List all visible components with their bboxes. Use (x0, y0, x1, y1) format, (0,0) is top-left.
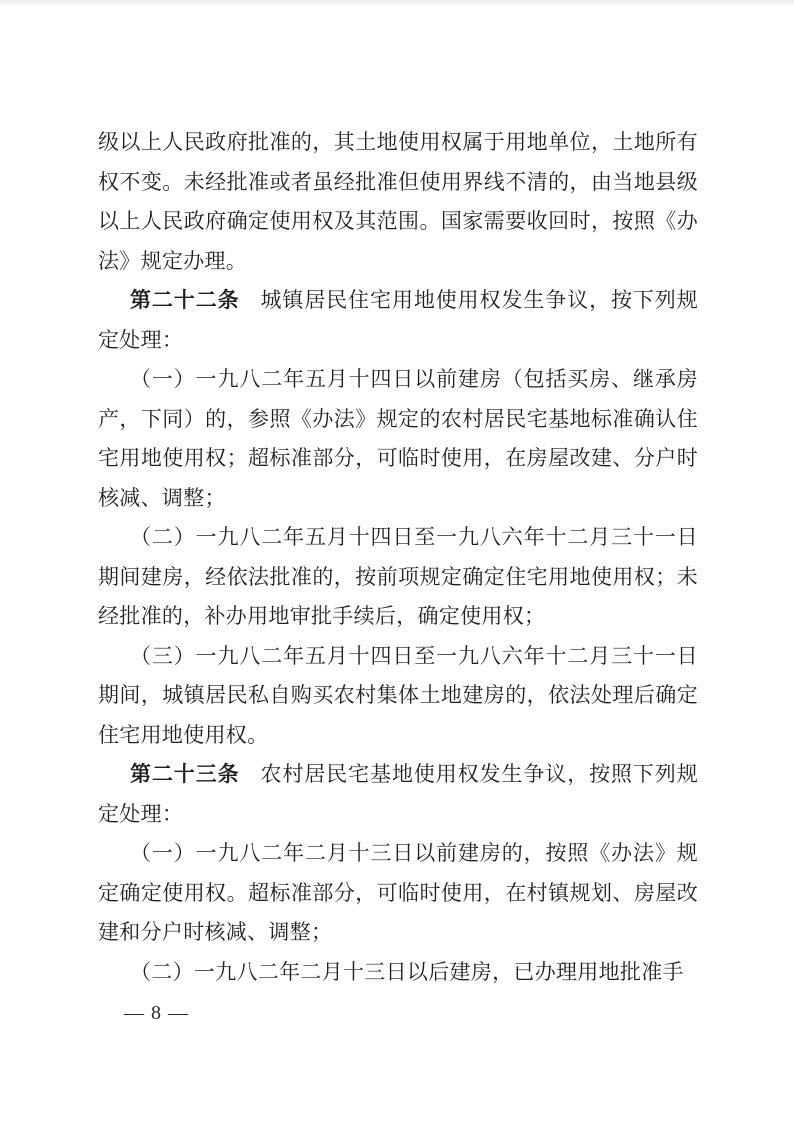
page-number: — 8 — (124, 999, 189, 1027)
article-23-item-1: （一）一九八二年二月十三日以前建房的，按照《办法》规定确定使用权。超标准部分，可… (98, 834, 698, 953)
article-23-item-2: （二）一九八二年二月十三日以后建房，已办理用地批准手 (98, 953, 698, 993)
article-22-item-3: （三）一九八二年五月十四日至一九八六年十二月三十一日期间，城镇居民私自购买农村集… (98, 637, 698, 756)
article-22-item-2: （二）一九八二年五月十四日至一九八六年十二月三十一日期间建房，经依法批准的，按前… (98, 518, 698, 637)
article-22-number: 第二十二条 (130, 289, 240, 312)
document-page: 级以上人民政府批准的，其土地使用权属于用地单位，土地所有权不变。未经批准或者虽经… (0, 0, 794, 1122)
article-23-number: 第二十三条 (130, 763, 240, 786)
paragraph-continuation: 级以上人民政府批准的，其土地使用权属于用地单位，土地所有权不变。未经批准或者虽经… (98, 123, 698, 281)
scan-edge-artifact (0, 0, 794, 6)
article-22-item-1: （一）一九八二年五月十四日以前建房（包括买房、继承房产，下同）的，参照《办法》规… (98, 360, 698, 518)
document-body: 级以上人民政府批准的，其土地使用权属于用地单位，土地所有权不变。未经批准或者虽经… (98, 123, 698, 992)
article-23-paragraph: 第二十三条农村居民宅基地使用权发生争议，按照下列规定处理： (98, 755, 698, 834)
article-22-paragraph: 第二十二条城镇居民住宅用地使用权发生争议，按下列规定处理： (98, 281, 698, 360)
